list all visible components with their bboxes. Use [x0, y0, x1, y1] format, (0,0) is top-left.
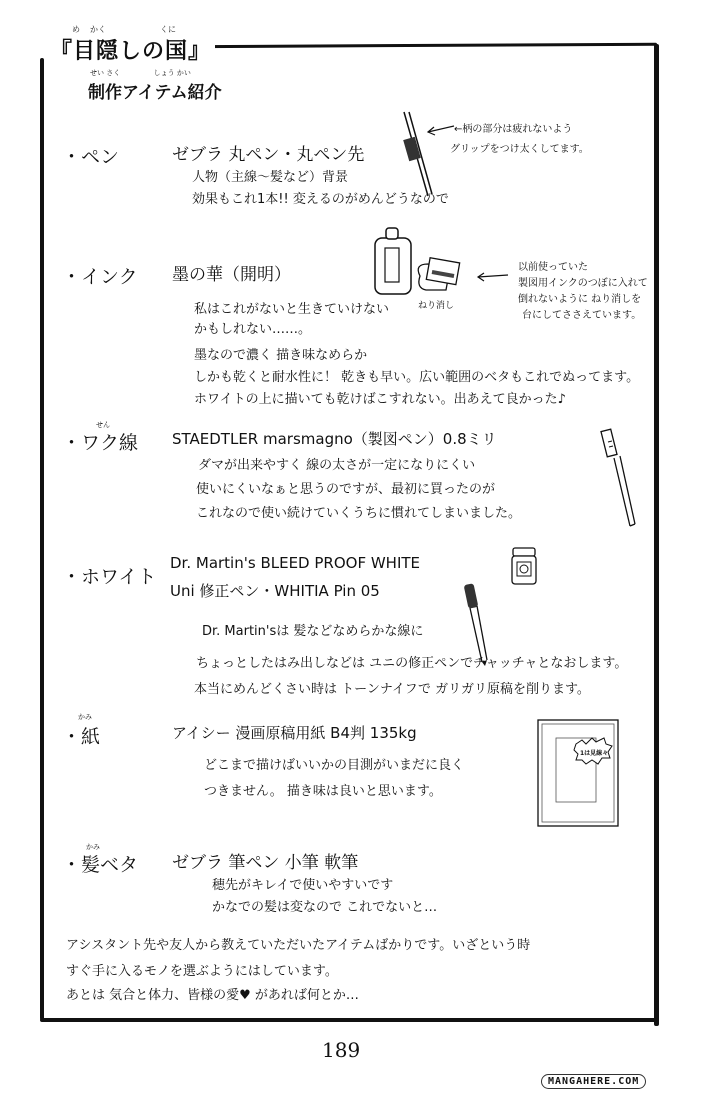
pen-side-note-1: ←柄の部分は疲れないよう: [454, 122, 572, 138]
watermark: MANGAHERE.COM: [541, 1074, 646, 1089]
ink-side-note-3: 倒れないように ねり消しを: [518, 292, 641, 308]
closing-line-1: アシスタント先や友人から教えていただいたアイテムばかりです。いざという時: [66, 936, 530, 956]
frame-bottom-border: [40, 1018, 658, 1022]
product-white-1: Dr. Martin's BLEED PROOF WHITE: [170, 554, 420, 572]
eraser-label: ねり消し: [418, 298, 454, 314]
note-ink-1: 私はこれがないと生きていけない: [194, 300, 389, 320]
section-title-ruby: せい さく しょう かい: [90, 68, 191, 78]
series-title: 『目隠しの国』: [50, 39, 211, 64]
frame-left-border: [40, 58, 44, 1020]
title-ruby-1: め: [72, 24, 80, 35]
note-paper-2: つきません。 描き味は良いと思います。: [204, 782, 442, 802]
category-ink: ・インク: [62, 262, 138, 289]
category-frame-line: ・ワク線: [62, 428, 138, 455]
ink-side-note-1: 以前使っていた: [518, 260, 588, 276]
frame-right-border: [654, 44, 659, 1026]
product-hair-beta: ゼブラ 筆ペン 小筆 軟筆: [172, 848, 358, 873]
category-hair-beta: ・髪ベタ: [62, 850, 138, 877]
note-white-3: 本当にめんどくさい時は トーンナイフで ガリガリ原稿を削ります。: [194, 680, 590, 700]
note-white-1: Dr. Martin'sは 髪などなめらかな線に: [202, 622, 423, 642]
category-paper: ・紙: [62, 722, 100, 749]
note-frame-line-1: ダマが出来やすく 線の太さが一定になりにくい: [198, 456, 475, 476]
ink-side-note-4: 台にしてささえています。: [522, 308, 641, 324]
arrow-left-icon: [426, 124, 456, 136]
series-title-block: め かく くに 『目隠しの国』: [46, 34, 215, 65]
product-paper: アイシー 漫画原稿用紙 B4判 135kg: [172, 722, 417, 743]
paper-ruby: かみ: [78, 712, 92, 722]
note-ink-5: ホワイトの上に描いても乾けばこすれない。出あえて良かった♪: [194, 390, 566, 410]
note-pen-1: 人物（主線〜髪など）背景: [192, 168, 348, 188]
note-white-2: ちょっとしたはみ出しなどは ユニの修正ペンでチャッチャとなおします。: [196, 654, 627, 674]
closing-line-2: すぐ手に入るモノを選ぶようにはしています。: [66, 962, 338, 982]
svg-text:1は見線々: 1は見線々: [580, 749, 608, 757]
section-title: 制作アイテム紹介: [88, 78, 222, 103]
product-pen: ゼブラ 丸ペン・丸ペン先: [172, 140, 364, 165]
ink-bottle-icon: [372, 228, 472, 298]
note-paper-1: どこまで描けばいいかの目測がいまだに良く: [204, 756, 464, 776]
product-white-2: Uni 修正ペン・WHITIA Pin 05: [170, 580, 380, 601]
technical-pen-icon: [600, 428, 640, 532]
title-ruby-3: くに: [160, 24, 176, 35]
note-frame-line-2: 使いにくいなぁと思うのですが、最初に買ったのが: [196, 480, 495, 500]
ink-side-note-2: 製図用インクのつぼに入れて: [518, 276, 648, 292]
manuscript-paper-icon: 1は見線々: [536, 718, 622, 830]
arrow-left-icon: [476, 272, 510, 282]
page-number: 189: [322, 1038, 360, 1062]
note-hair-1: 穂先がキレイで使いやすいです: [212, 876, 393, 896]
title-ruby-2: かく: [90, 24, 106, 35]
pen-side-note-2: グリップをつけ太くしてます。: [450, 142, 589, 158]
category-white: ・ホワイト: [62, 562, 156, 589]
product-ink: 墨の華（開明）: [172, 260, 291, 285]
category-pen: ・ペン: [62, 142, 119, 169]
frame-top-border: [175, 43, 657, 49]
closing-line-3: あとは 気合と体力、皆様の愛♥ があれば何とか…: [66, 986, 359, 1006]
note-frame-line-3: これなので使い続けていくうちに慣れてしまいました。: [196, 504, 521, 524]
note-ink-3: 墨なので濃く 描き味なめらか: [194, 346, 367, 366]
note-ink-2: かもしれない……。: [194, 320, 311, 340]
white-jar-icon: [510, 546, 538, 586]
note-hair-2: かなでの髪は変なので これでないと…: [212, 898, 437, 918]
product-frame-line: STAEDTLER marsmagno（製図ペン）0.8ミリ: [172, 428, 497, 449]
note-ink-4: しかも乾くと耐水性に！ 乾きも早い。広い範囲のベタもこれでぬってます。: [194, 368, 639, 388]
